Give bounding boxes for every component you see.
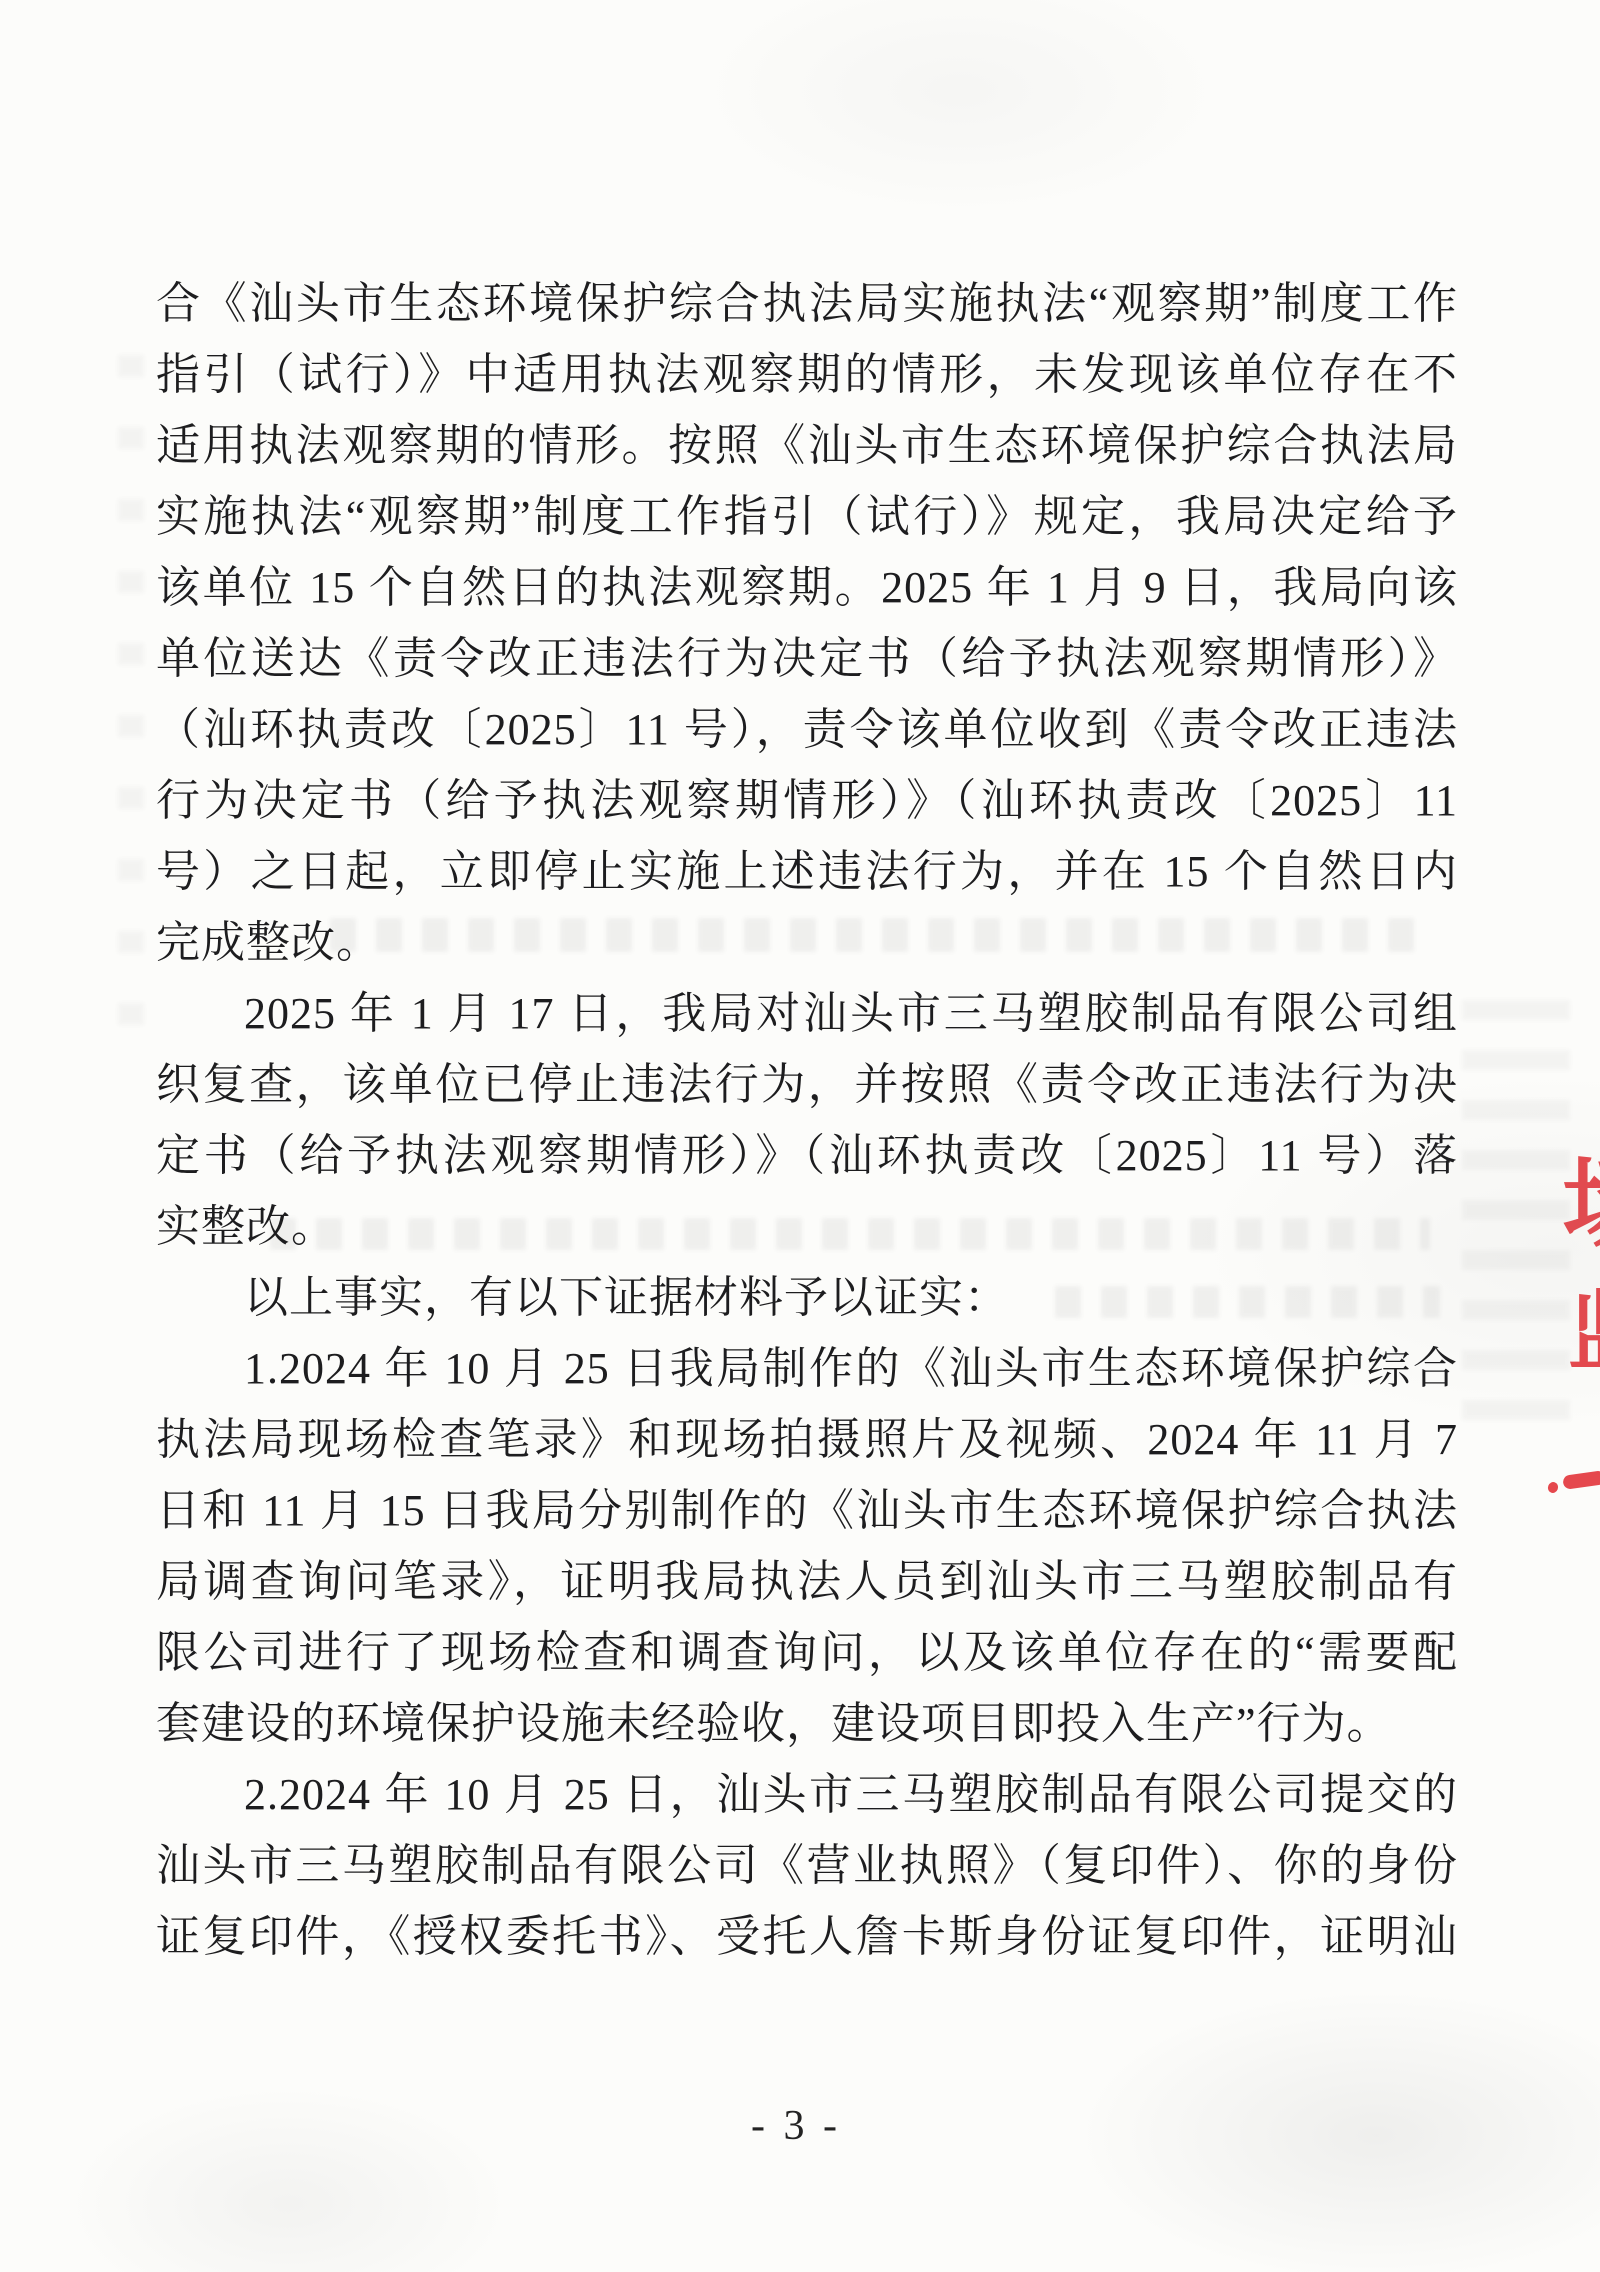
text-line: 2025 年 1 月 17 日，我局对汕头市三马塑胶制品有限公司组 xyxy=(156,978,1458,1049)
text-line: 行为决定书（给予执法观察期情形）》（汕环执责改〔2025〕11 xyxy=(156,765,1458,836)
text-line: 2.2024 年 10 月 25 日，汕头市三马塑胶制品有限公司提交的 xyxy=(156,1759,1458,1830)
bleed-through-smudge xyxy=(118,345,144,1025)
red-stamp-fragment: 监 xyxy=(1568,1288,1600,1384)
text-line: 执法局现场检查笔录》和现场拍摄照片及视频、2024 年 11 月 7 xyxy=(156,1404,1458,1475)
text-line: 织复查，该单位已停止违法行为，并按照《责令改正违法行为决 xyxy=(156,1049,1458,1120)
stamp-dash xyxy=(1562,1470,1600,1490)
stamp-glyph: 场 xyxy=(1562,1154,1600,1258)
text-line: 完成整改。 xyxy=(156,907,1458,978)
text-line: 实整改。 xyxy=(156,1191,1458,1262)
text-line: 指引（试行）》中适用执法观察期的情形，未发现该单位存在不 xyxy=(156,339,1458,410)
document-body: 合《汕头市生态环境保护综合执法局实施执法“观察期”制度工作指引（试行）》中适用执… xyxy=(156,268,1458,1972)
page-number: - 3 - xyxy=(0,2102,1592,2150)
text-line: 实施执法“观察期”制度工作指引（试行）》规定，我局决定给予 xyxy=(156,481,1458,552)
document-page: 合《汕头市生态环境保护综合执法局实施执法“观察期”制度工作指引（试行）》中适用执… xyxy=(0,0,1600,2272)
text-line: 日和 11 月 15 日我局分别制作的《汕头市生态环境保护综合执法 xyxy=(156,1475,1458,1546)
text-line: 1.2024 年 10 月 25 日我局制作的《汕头市生态环境保护综合 xyxy=(156,1333,1458,1404)
red-stamp-fragment: 场 xyxy=(1562,1154,1600,1260)
stamp-dot xyxy=(1546,1481,1559,1495)
text-line: 该单位 15 个自然日的执法观察期。2025 年 1 月 9 日，我局向该 xyxy=(156,552,1458,623)
text-line: 定书（给予执法观察期情形）》（汕环执责改〔2025〕11 号）落 xyxy=(156,1120,1458,1191)
stamp-glyph: 监 xyxy=(1568,1288,1600,1380)
text-line: 套建设的环境保护设施未经验收，建设项目即投入生产”行为。 xyxy=(156,1688,1458,1759)
text-line: 证复印件，《授权委托书》、受托人詹卡斯身份证复印件，证明汕 xyxy=(156,1901,1458,1972)
text-line: 单位送达《责令改正违法行为决定书（给予执法观察期情形）》 xyxy=(156,623,1458,694)
text-line: 适用执法观察期的情形。按照《汕头市生态环境保护综合执法局 xyxy=(156,410,1458,481)
red-stamp-fragment xyxy=(1546,1458,1600,1510)
text-line: 以上事实，有以下证据材料予以证实： xyxy=(156,1262,1458,1333)
text-line: 汕头市三马塑胶制品有限公司《营业执照》（复印件）、你的身份 xyxy=(156,1830,1458,1901)
text-line: 限公司进行了现场检查和调查询问，以及该单位存在的“需要配 xyxy=(156,1617,1458,1688)
text-line: （汕环执责改〔2025〕11 号），责令该单位收到《责令改正违法 xyxy=(156,694,1458,765)
text-line: 号）之日起，立即停止实施上述违法行为，并在 15 个自然日内 xyxy=(156,836,1458,907)
text-line: 局调查询问笔录》，证明我局执法人员到汕头市三马塑胶制品有 xyxy=(156,1546,1458,1617)
text-line: 合《汕头市生态环境保护综合执法局实施执法“观察期”制度工作 xyxy=(156,268,1458,339)
bleed-through-smudge xyxy=(1462,988,1570,1420)
